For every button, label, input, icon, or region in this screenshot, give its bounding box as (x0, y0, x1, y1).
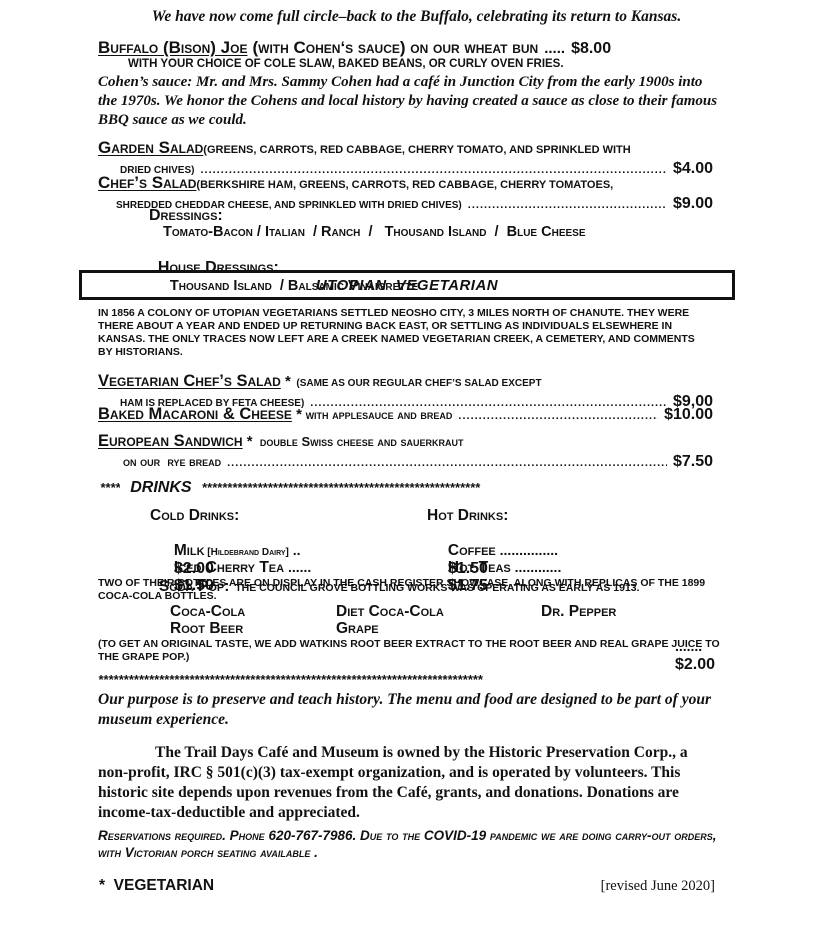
item-description: double Swiss cheese and sauerkraut (253, 434, 464, 449)
header-stars-right: ****************************************… (202, 480, 715, 495)
soda-pop-history: Two of their bottles are on display in t… (98, 577, 723, 603)
menu-item-european-sandwich: European Sandwich * double Swiss cheese … (98, 432, 713, 471)
menu-item-baked-macaroni: Baked Macaroni & Cheese * with applesauc… (98, 405, 713, 424)
item-description: (with Cohen‘s sauce) on our wheat bun (252, 38, 538, 58)
item-name: Baked Macaroni & Cheese (98, 405, 292, 424)
section-title: UTOPIAN VEGETARIAN (316, 277, 498, 294)
item-dots: ..... (544, 40, 565, 57)
item-price: $7.50 (673, 453, 713, 471)
item-name: Chef’s Salad (98, 173, 196, 193)
drinks-header: **** DRINKS ****************************… (100, 479, 715, 497)
section-title-utopian-vegetarian: UTOPIAN VEGETARIAN (79, 270, 735, 300)
soda-flavor: Grape (336, 620, 379, 638)
reservations-notice: Reservations required. Phone 620-767-798… (98, 827, 718, 861)
item-description: with applesauce and bread (302, 407, 452, 422)
soda-flavor: Diet Coca-Cola (336, 603, 444, 621)
soda-flavor: Root Beer (170, 620, 243, 638)
dressings-label: Dressings: (149, 207, 223, 225)
intro-line: We have now come full circle–back to the… (0, 8, 833, 26)
soda-flavor: Coca-Cola (170, 603, 245, 621)
item-dots (458, 410, 658, 422)
header-stars-left: **** (100, 480, 120, 495)
menu-item-garden-salad: Garden Salad (greens, carrots, red cabba… (98, 138, 713, 178)
soda-flavor: Dr. Pepper (541, 603, 616, 621)
item-dots (227, 457, 667, 469)
cold-drinks-label: Cold Drinks: (150, 507, 239, 525)
vegetarian-mark: * (243, 433, 253, 450)
item-price: $9.00 (673, 195, 713, 213)
vegetarian-mark: * (281, 373, 291, 390)
dressings-list: Tomato-Bacon / Italian / Ranch / Thousan… (163, 224, 586, 240)
item-name: European Sandwich (98, 432, 243, 451)
item-price: $10.00 (664, 406, 713, 424)
vegetarian-mark: * (292, 406, 302, 423)
hot-drinks-label: Hot Drinks: (427, 507, 508, 525)
item-dots (468, 199, 667, 211)
item-description-cont: on our rye bread (123, 454, 221, 469)
item-price: $8.00 (571, 40, 611, 58)
item-name: Vegetarian Chef’s Salad (98, 372, 281, 391)
item-description: (greens, carrots, red cabbage, cherry to… (203, 144, 630, 156)
vegetarian-legend: * VEGETARIAN (99, 877, 214, 895)
revised-date: [revised June 2020] (601, 878, 715, 895)
buffalo-sides: with your choice of cole slaw, baked bea… (128, 58, 564, 70)
soda-pop-note: (To get an original taste, we add Watkin… (98, 638, 723, 664)
item-description: (Berkshire ham, greens, carrots, red cab… (196, 179, 613, 191)
menu-item-buffalo-joe: Buffalo (Bison) Joe (with Cohen‘s sauce)… (98, 38, 713, 58)
item-name: Buffalo (Bison) Joe (98, 38, 247, 58)
item-name: Garden Salad (98, 138, 203, 158)
purpose-statement: Our purpose is to preserve and teach his… (98, 690, 713, 730)
star-divider: ****************************************… (98, 672, 716, 687)
ownership-statement: The Trail Days Café and Museum is owned … (98, 743, 718, 823)
cohens-sauce-note: Cohen’s sauce: Mr. and Mrs. Sammy Cohen … (98, 73, 718, 130)
utopian-history: In 1856 a colony of utopian vegetarians … (98, 307, 708, 359)
drinks-title: DRINKS (130, 479, 191, 497)
item-description: (same as our regular chef’s salad except (291, 378, 542, 389)
